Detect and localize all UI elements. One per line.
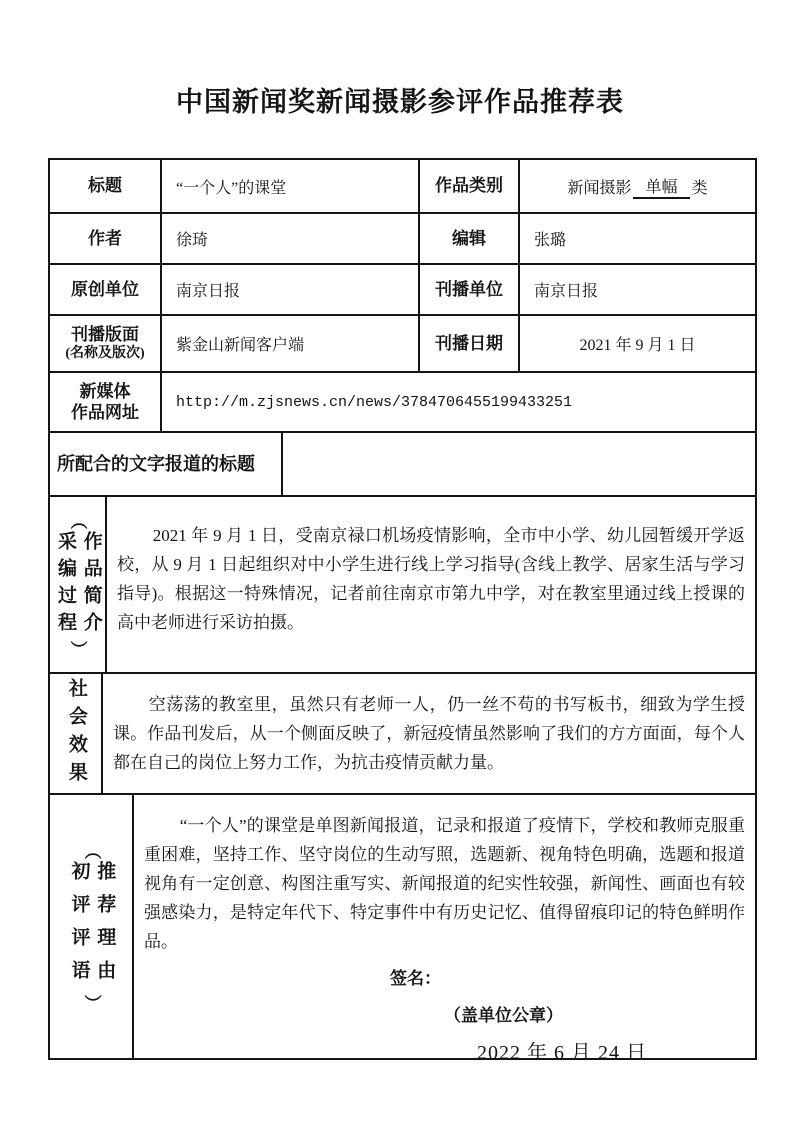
row-work-intro: （ 采编过程 作品简介 ） 2021 年 9 月 1 日，受南京禄口机场疫情影响… bbox=[50, 497, 757, 674]
category-suffix: 类 bbox=[692, 175, 708, 198]
field-value-editor: 张璐 bbox=[520, 214, 757, 265]
review-comment-paragraph: “一个人”的课堂是单图新闻报道，记录和报道了疫情下，学校和教师克服重重困难，坚持… bbox=[144, 811, 745, 956]
category-prefix: 新闻摄影 bbox=[567, 175, 631, 198]
recommendation-form-table: 标题 “一个人”的课堂 作品类别 新闻摄影 单幅 类 作者 徐琦 编辑 张璐 原… bbox=[48, 158, 757, 1060]
open-paren: （ bbox=[71, 512, 85, 529]
field-label-origin-unit: 原创单位 bbox=[50, 265, 162, 316]
field-value-media-url: http://m.zjsnews.cn/news/378470645519943… bbox=[162, 373, 757, 433]
row-text-report-title: 所配合的文字报道的标题 bbox=[50, 433, 757, 497]
work-intro-paragraph: 2021 年 9 月 1 日，受南京禄口机场疫情影响，全市中小学、幼儿园暂缓开学… bbox=[117, 521, 745, 637]
field-label-media-url: 新媒体 作品网址 bbox=[50, 373, 162, 433]
field-label-author: 作者 bbox=[50, 214, 162, 265]
label-col-right: 作品简介 bbox=[79, 531, 102, 639]
field-value-origin-unit: 南京日报 bbox=[162, 265, 420, 316]
section-content-review-comment: “一个人”的课堂是单图新闻报道，记录和报道了疫情下，学校和教师克服重重困难，坚持… bbox=[134, 795, 757, 1060]
url-label-line2: 作品网址 bbox=[71, 402, 139, 423]
layout-label-line1: 刊播版面 bbox=[71, 324, 139, 345]
page-title: 中国新闻奖新闻摄影参评作品推荐表 bbox=[0, 80, 800, 119]
field-label-title: 标题 bbox=[50, 160, 162, 214]
seal-note: （盖单位公章） bbox=[144, 1001, 745, 1026]
category-blank-underlined: 单幅 bbox=[633, 174, 689, 199]
close-paren: ） bbox=[84, 994, 98, 1011]
field-label-text-report: 所配合的文字报道的标题 bbox=[50, 433, 283, 497]
field-value-category: 新闻摄影 单幅 类 bbox=[520, 160, 757, 214]
field-label-editor: 编辑 bbox=[420, 214, 520, 265]
url-label-line1: 新媒体 bbox=[80, 381, 131, 402]
field-value-publish-unit: 南京日报 bbox=[520, 265, 757, 316]
field-value-publish-date: 2021 年 9 月 1 日 bbox=[520, 316, 757, 373]
open-paren: （ bbox=[84, 842, 98, 859]
layout-label-line2: (名称及版次) bbox=[65, 345, 144, 363]
label-col-left: 初评评语 bbox=[67, 861, 90, 993]
field-label-publish-layout: 刊播版面 (名称及版次) bbox=[50, 316, 162, 373]
media-url-text: http://m.zjsnews.cn/news/378470645519943… bbox=[176, 394, 572, 411]
field-label-publish-unit: 刊播单位 bbox=[420, 265, 520, 316]
row-author-editor: 作者 徐琦 编辑 张璐 bbox=[50, 214, 757, 265]
section-content-social-impact: 空荡荡的教室里，虽然只有老师一人，仍一丝不苟的书写板书，细致为学生授课。作品刊发… bbox=[103, 674, 757, 795]
social-impact-paragraph: 空荡荡的教室里，虽然只有老师一人，仍一丝不苟的书写板书，细致为学生授课。作品刊发… bbox=[113, 690, 745, 777]
row-review-comment: （ 初评评语 推荐理由 ） “一个人”的课堂是单图新闻报道，记录和报道了疫情下，… bbox=[50, 795, 757, 1060]
field-value-publish-layout: 紫金山新闻客户端 bbox=[162, 316, 420, 373]
signature-date: 2022 年 6 月 24 日 bbox=[144, 1036, 745, 1060]
close-paren: ） bbox=[71, 640, 85, 657]
document-page: { "page": { "title": "中国新闻奖新闻摄影参评作品推荐表" … bbox=[0, 0, 800, 1135]
field-value-title: “一个人”的课堂 bbox=[162, 160, 420, 214]
row-social-impact: 社会效果 空荡荡的教室里，虽然只有老师一人，仍一丝不苟的书写板书，细致为学生授课… bbox=[50, 674, 757, 795]
field-value-text-report bbox=[283, 433, 757, 497]
field-label-category: 作品类别 bbox=[420, 160, 520, 214]
label-social-impact: 社会效果 bbox=[64, 678, 87, 790]
signature-block: 签名： （盖单位公章） 2022 年 6 月 24 日 bbox=[144, 964, 745, 1060]
row-layout-date: 刊播版面 (名称及版次) 紫金山新闻客户端 刊播日期 2021 年 9 月 1 … bbox=[50, 316, 757, 373]
signature-label: 签名： bbox=[144, 964, 745, 989]
field-value-author: 徐琦 bbox=[162, 214, 420, 265]
label-col-right: 推荐理由 bbox=[93, 861, 116, 993]
row-media-url: 新媒体 作品网址 http://m.zjsnews.cn/news/378470… bbox=[50, 373, 757, 433]
row-origin-publisher: 原创单位 南京日报 刊播单位 南京日报 bbox=[50, 265, 757, 316]
section-content-work-intro: 2021 年 9 月 1 日，受南京禄口机场疫情影响，全市中小学、幼儿园暂缓开学… bbox=[107, 497, 757, 674]
label-col-left: 采编过程 bbox=[53, 531, 76, 639]
field-label-publish-date: 刊播日期 bbox=[420, 316, 520, 373]
row-title-category: 标题 “一个人”的课堂 作品类别 新闻摄影 单幅 类 bbox=[50, 160, 757, 214]
section-label-review-comment: （ 初评评语 推荐理由 ） bbox=[50, 795, 134, 1060]
section-label-social-impact: 社会效果 bbox=[50, 674, 103, 795]
section-label-work-intro: （ 采编过程 作品简介 ） bbox=[50, 497, 107, 674]
